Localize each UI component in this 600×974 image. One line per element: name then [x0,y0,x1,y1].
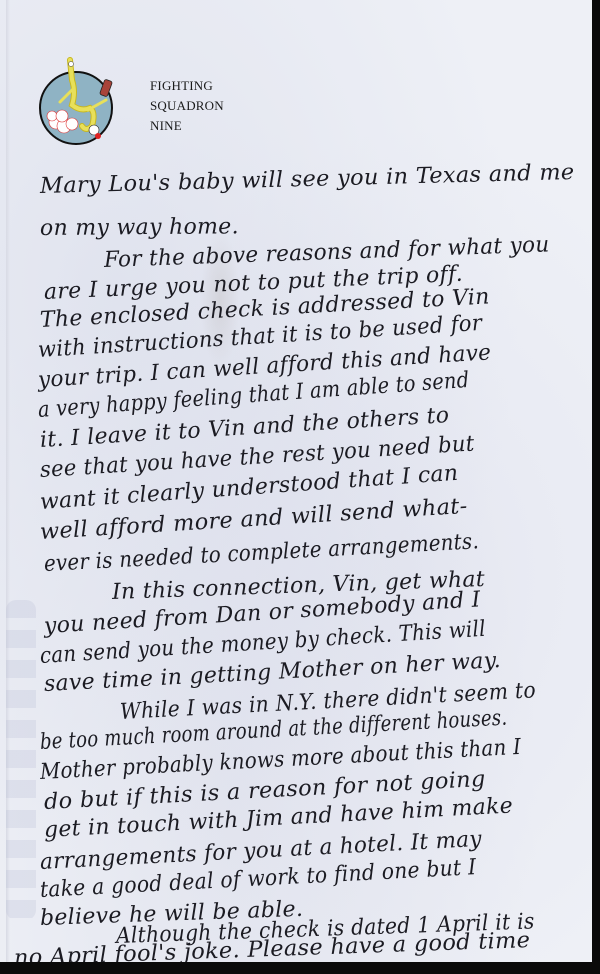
letter-page: FIGHTING SQUADRON NINE Mary Lou's baby w… [0,0,592,962]
letter-line: Mary Lou's baby will see you in Texas an… [40,160,575,199]
letter-line: on my way home. [40,214,239,241]
handwritten-body: Mary Lou's baby will see you in Texas an… [0,0,592,962]
